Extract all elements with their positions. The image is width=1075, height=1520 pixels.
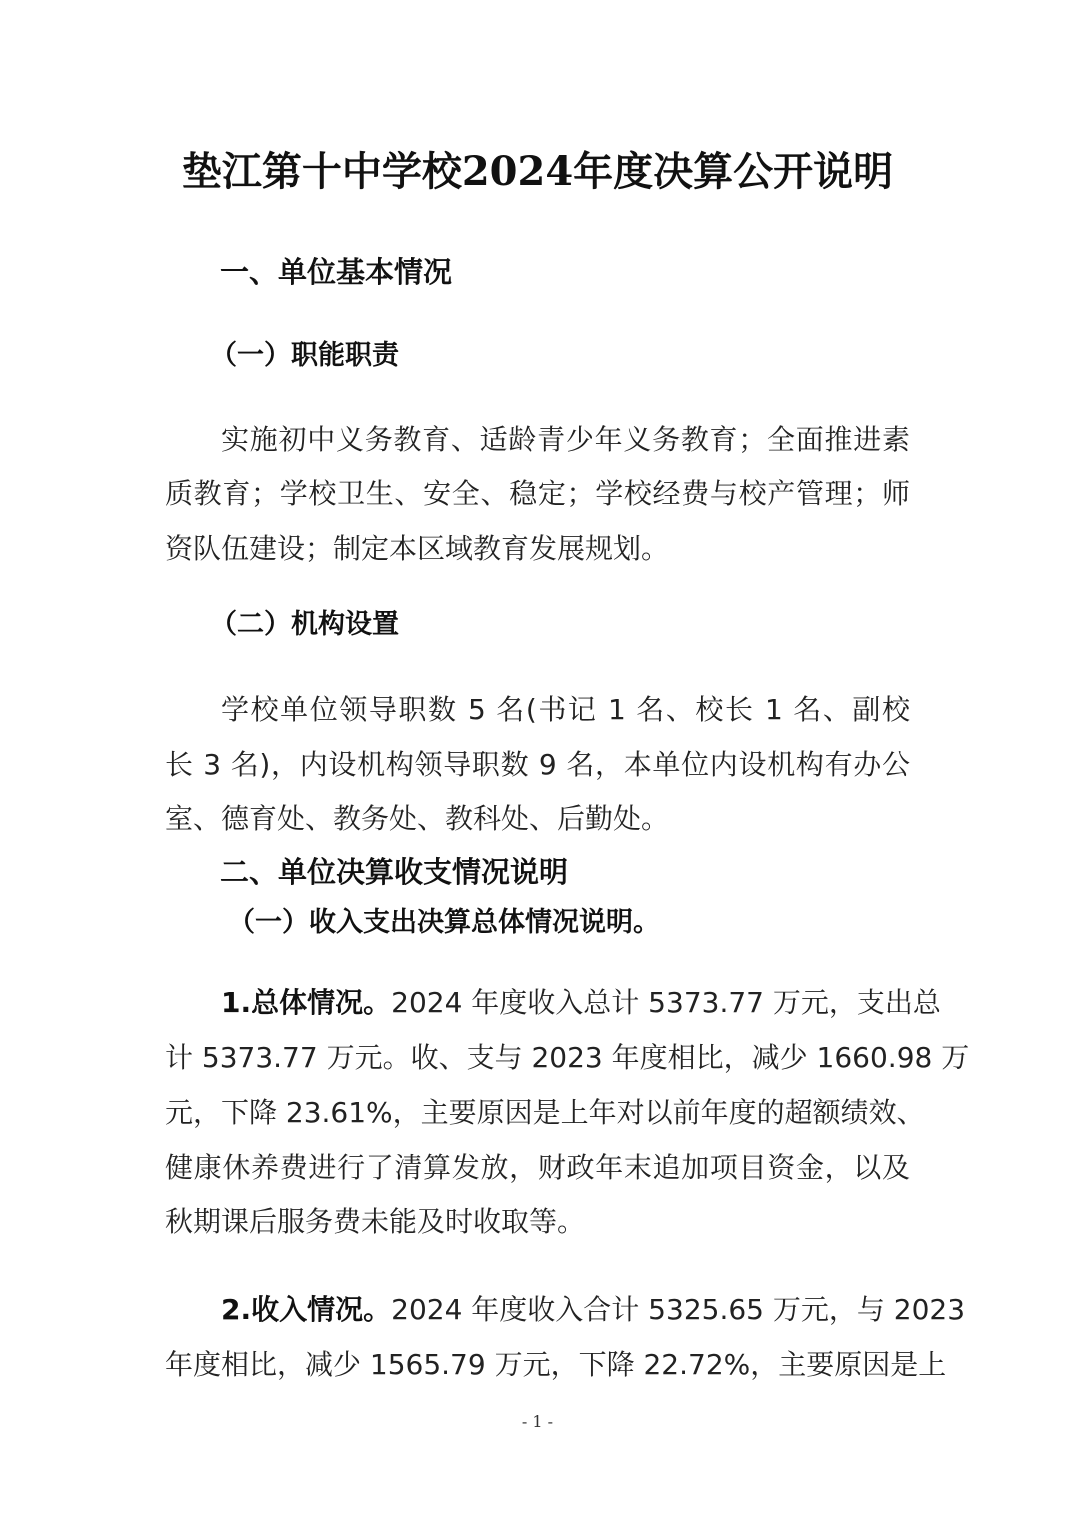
- paragraph-line: 年度相比，减少 1565.79 万元，下降 22.72%，主要原因是上: [165, 1343, 910, 1383]
- subsection-heading-functions: （一）职能职责: [210, 333, 399, 372]
- paragraph-line: 1.总体情况。2024 年度收入总计 5373.77 万元，支出总: [221, 981, 910, 1021]
- paragraph-line: 2.收入情况。2024 年度收入合计 5325.65 万元，与 2023: [221, 1288, 910, 1328]
- page-number: - 1 -: [0, 1412, 1075, 1431]
- paragraph-line: 学校单位领导职数 5 名(书记 1 名、校长 1 名、副校: [221, 688, 910, 728]
- subsection-heading-organization: （二）机构设置: [210, 602, 399, 641]
- item-lead-overall: 1.总体情况。: [221, 986, 391, 1019]
- subsection-heading-overall: （一）收入支出决算总体情况说明。: [228, 900, 660, 939]
- paragraph-line: 元，下降 23.61%，主要原因是上年对以前年度的超额绩效、: [165, 1091, 910, 1131]
- paragraph-line: 质教育；学校卫生、安全、稳定；学校经费与校产管理；师: [165, 472, 910, 512]
- item-lead-income: 2.收入情况。: [221, 1293, 391, 1326]
- section-heading-basic-info: 一、单位基本情况: [220, 250, 452, 291]
- paragraph-line: 秋期课后服务费未能及时收取等。: [165, 1200, 910, 1240]
- paragraph-line: 室、德育处、教务处、教科处、后勤处。: [165, 797, 910, 837]
- paragraph-line: 健康休养费进行了清算发放，财政年末追加项目资金，以及: [165, 1146, 910, 1186]
- paragraph-line: 计 5373.77 万元。收、支与 2023 年度相比，减少 1660.98 万: [165, 1036, 910, 1076]
- paragraph-line: 实施初中义务教育、适龄青少年义务教育；全面推进素: [221, 418, 910, 458]
- document-title: 垫江第十中学校2024年度决算公开说明: [0, 140, 1075, 197]
- paragraph-line: 资队伍建设；制定本区域教育发展规划。: [165, 527, 910, 567]
- document-page: 垫江第十中学校2024年度决算公开说明 一、单位基本情况 （一）职能职责 实施初…: [0, 0, 1075, 1520]
- paragraph-line: 长 3 名)，内设机构领导职数 9 名，本单位内设机构有办公: [165, 743, 910, 783]
- section-heading-budget-summary: 二、单位决算收支情况说明: [220, 850, 568, 891]
